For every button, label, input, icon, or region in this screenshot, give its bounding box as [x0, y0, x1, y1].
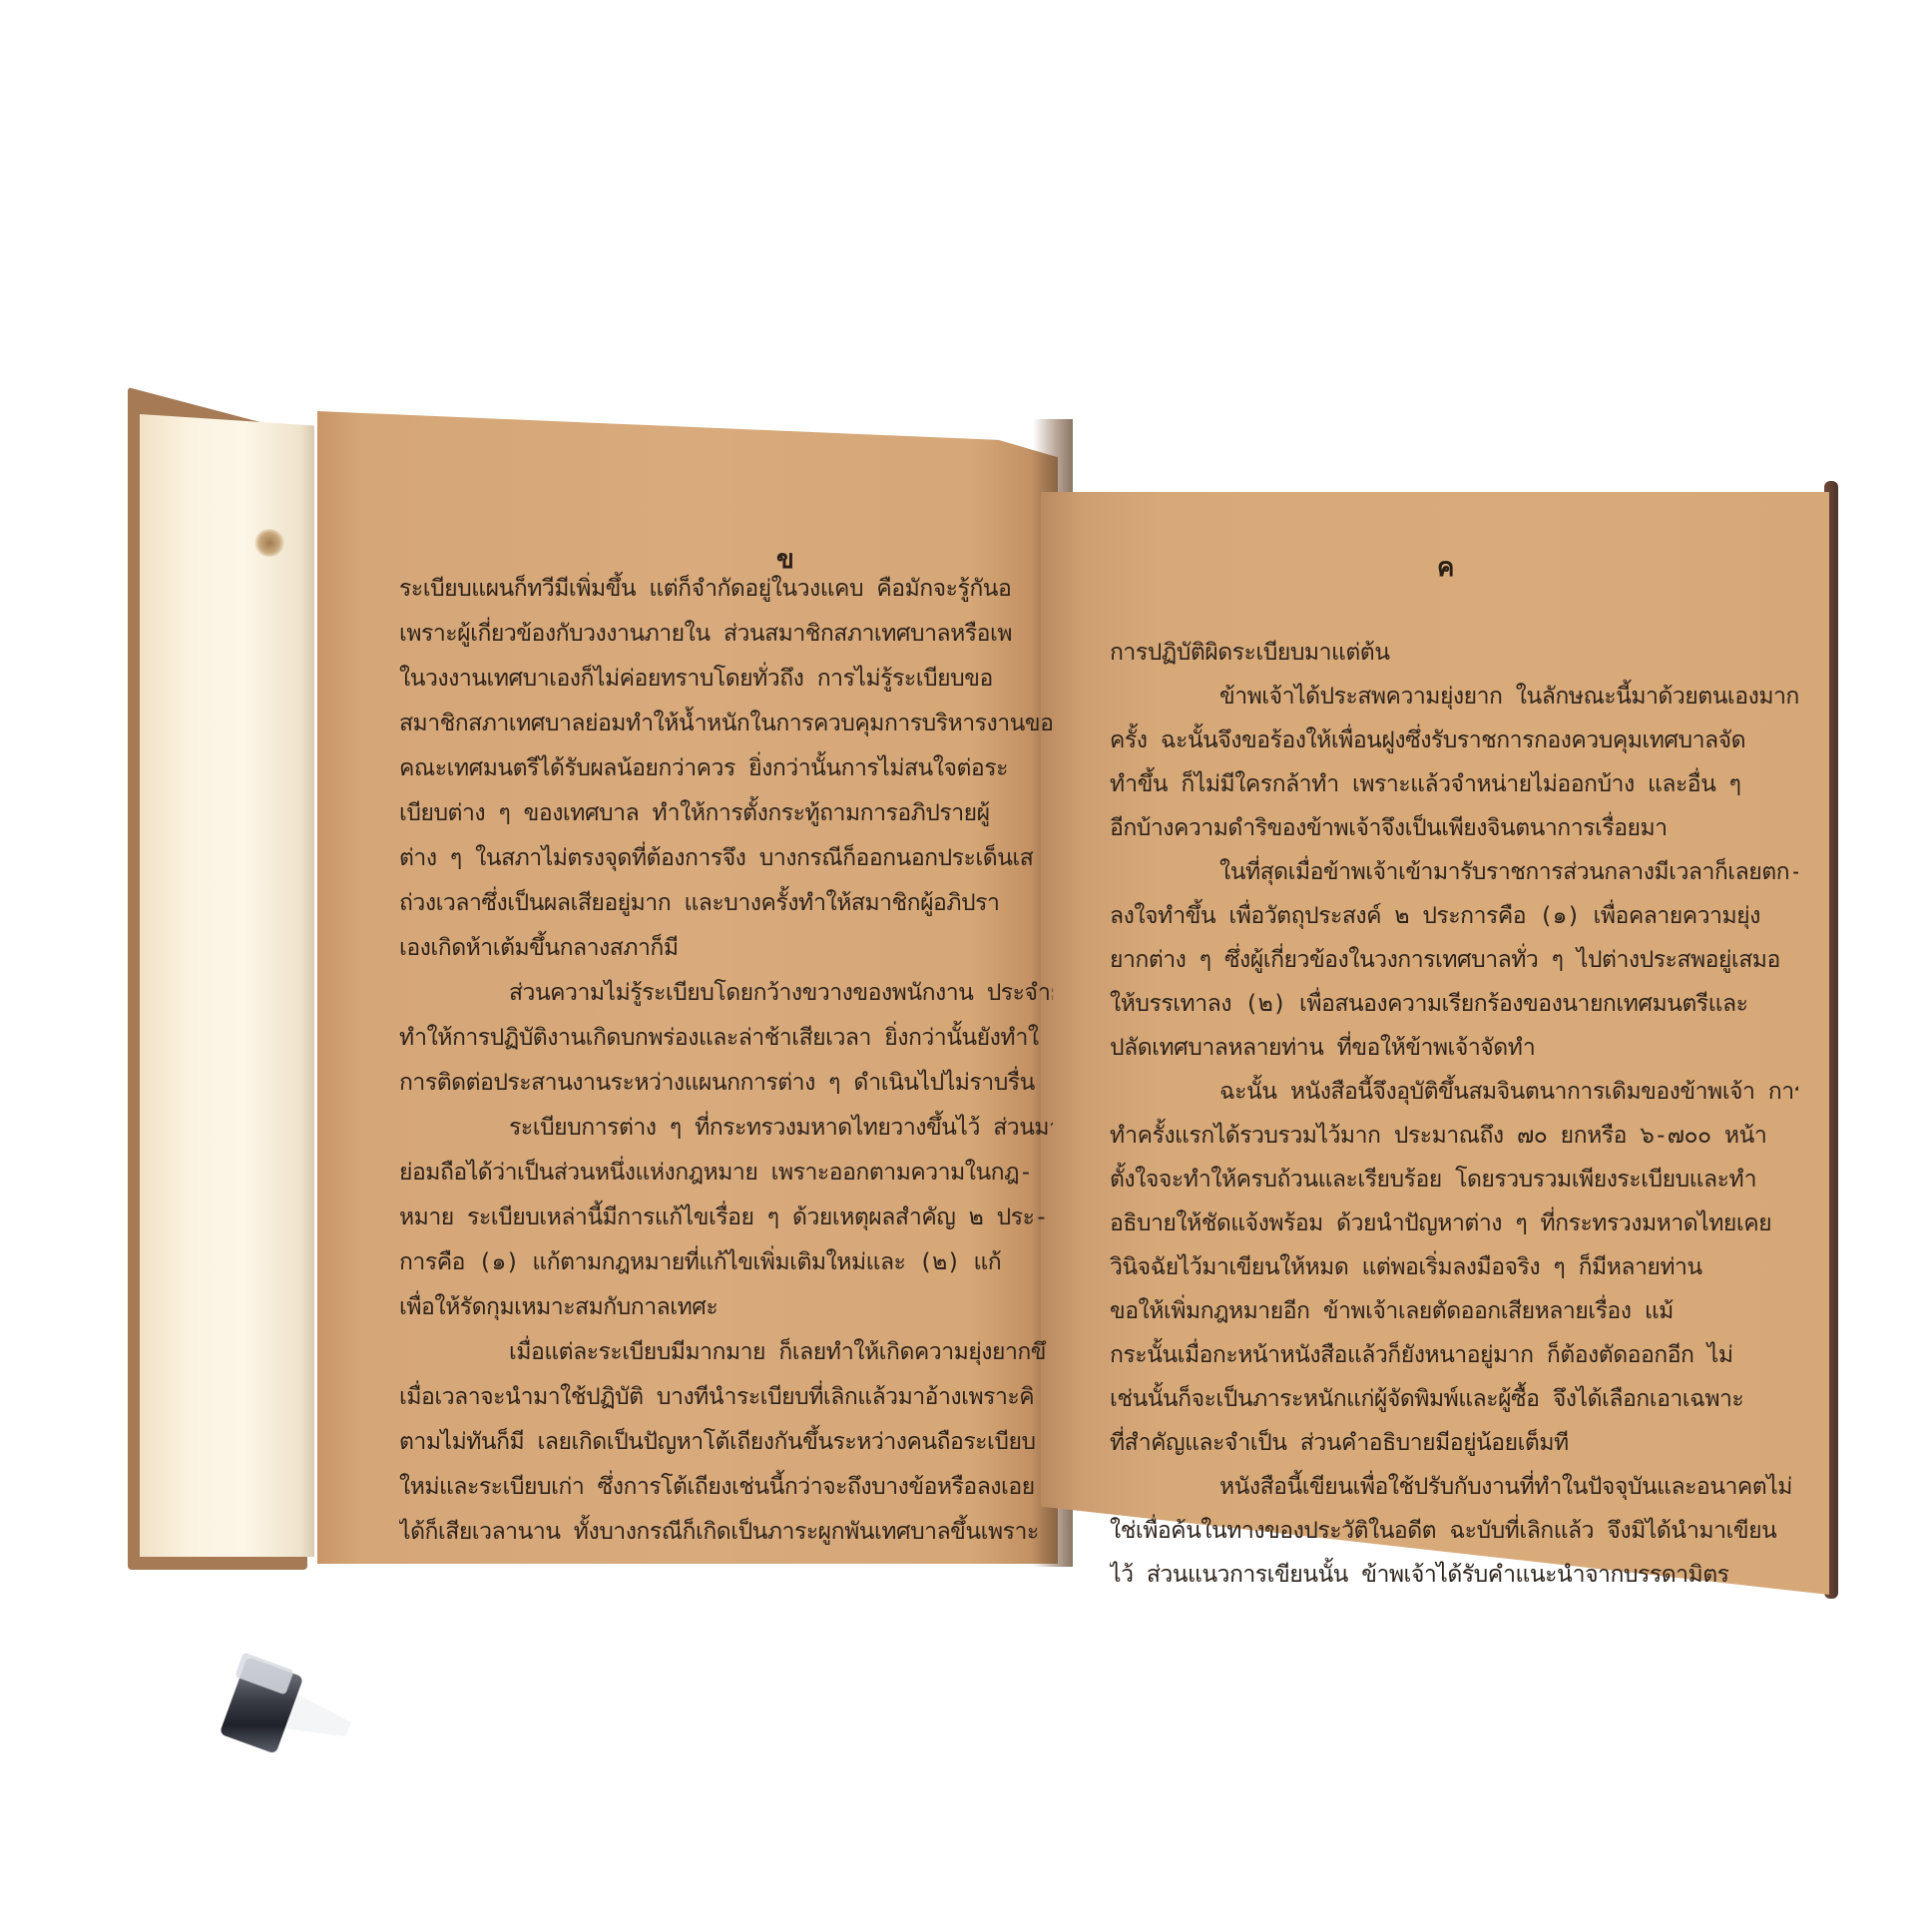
text-line: เพื่อให้รัดกุมเหมาะสมกับกาลเทศะ: [399, 1285, 1053, 1330]
text-line: ทำให้การปฏิบัติงานเกิดบกพร่องและล่าช้าเส…: [399, 1016, 1053, 1061]
text-line: หนังสือนี้เขียนเพื่อใช้ปรับกับงานที่ทำใน…: [1110, 1465, 1798, 1509]
text-line: หมาย ระเบียบเหล่านี้มีการแก้ไขเรื่อย ๆ ด…: [399, 1196, 1053, 1240]
open-book: ข ระเบียบแผนก็ทวีมีเพิ่มขึ้น แต่ก็จำกัดอ…: [0, 0, 1932, 1932]
text-line: เบียบต่าง ๆ ของเทศบาล ทำให้การตั้งกระทู้…: [399, 791, 1053, 836]
text-line: เมื่อเวลาจะนำมาใช้ปฏิบัติ บางทีนำระเบียบ…: [399, 1375, 1053, 1420]
text-line: กระนั้นเมื่อกะหน้าหนังสือแล้วก็ยังหนาอยู…: [1110, 1333, 1798, 1377]
text-line: ขอให้เพิ่มกฎหมายอีก ข้าพเจ้าเลยตัดออกเสี…: [1110, 1289, 1798, 1333]
left-page-text: ระเบียบแผนก็ทวีมีเพิ่มขึ้น แต่ก็จำกัดอยู…: [399, 567, 1053, 1555]
text-line: ย่อมถือได้ว่าเป็นส่วนหนึ่งแห่งกฎหมาย เพร…: [399, 1151, 1053, 1196]
text-line: ปลัดเทศบาลหลายท่าน ที่ขอให้ข้าพเจ้าจัดทำ: [1110, 1026, 1798, 1070]
text-line: ใหม่และระเบียบเก่า ซึ่งการโต้เถียงเช่นนี…: [399, 1465, 1053, 1510]
text-line: เมื่อแต่ละระเบียบมีมากมาย ก็เลยทำให้เกิด…: [399, 1330, 1053, 1375]
text-line: ทำขึ้น ก็ไม่มีใครกล้าทำ เพราะแล้วจำหน่าย…: [1110, 762, 1798, 806]
text-line: การปฏิบัติผิดระเบียบมาแต่ต้น: [1110, 631, 1798, 675]
right-page-text: การปฏิบัติผิดระเบียบมาแต่ต้น ข้าพเจ้าได้…: [1110, 631, 1798, 1597]
text-line: ตามไม่ทันก็มี เลยเกิดเป็นปัญหาโต้เถียงกั…: [399, 1420, 1053, 1465]
text-line: ใช่เพื่อค้นในทางของประวัติในอดีต ฉะบับที…: [1110, 1509, 1798, 1553]
text-line: ลงใจทำขึ้น เพื่อวัตถุประสงค์ ๒ ประการคือ…: [1110, 894, 1798, 938]
text-line: ตั้งใจจะทำให้ครบถ้วนและเรียบร้อย โดยรวบร…: [1110, 1158, 1798, 1202]
text-line: อธิบายให้ชัดแจ้งพร้อม ด้วยนำปัญหาต่าง ๆ …: [1110, 1202, 1798, 1245]
text-line: เพราะผู้เกี่ยวข้องกับวงงานภายใน ส่วนสมาช…: [399, 612, 1053, 657]
text-line: สมาชิกสภาเทศบาลย่อมทำให้น้ำหนักในการควบค…: [399, 702, 1053, 746]
text-line: อีกบ้างความดำริของข้าพเจ้าจึงเป็นเพียงจิ…: [1110, 806, 1798, 850]
text-line: ถ่วงเวลาซึ่งเป็นผลเสียอยู่มาก และบางครั้…: [399, 881, 1053, 926]
text-line: คณะเทศมนตรีได้รับผลน้อยกว่าควร ยิ่งกว่าน…: [399, 746, 1053, 791]
flyleaf-endpaper: [140, 414, 314, 1557]
text-line: ในวงงานเทศบาเองก็ไม่ค่อยทราบโดยทั่วถึง ก…: [399, 657, 1053, 702]
text-line: เช่นนั้นก็จะเป็นภาระหนักแก่ผู้จัดพิมพ์แล…: [1110, 1377, 1798, 1421]
text-line: ที่สำคัญและจำเป็น ส่วนคำอธิบายมีอยู่น้อย…: [1110, 1421, 1798, 1465]
text-line: ระเบียบแผนก็ทวีมีเพิ่มขึ้น แต่ก็จำกัดอยู…: [399, 567, 1053, 612]
text-line: ทำครั้งแรกได้รวบรวมไว้มาก ประมาณถึง ๗๐ ย…: [1110, 1114, 1798, 1158]
text-line: วินิจฉัยไว้มาเขียนให้หมด แต่พอเริ่มลงมือ…: [1110, 1245, 1798, 1289]
text-line: เองเกิดห้าเต้มขึ้นกลางสภาก็มี: [399, 926, 1053, 971]
paper-stain: [254, 529, 284, 557]
text-line: ให้บรรเทาลง (๒) เพื่อสนองความเรียกร้องขอ…: [1110, 982, 1798, 1026]
text-line: ส่วนความไม่รู้ระเบียบโดยกว้างขวางของพนัก…: [399, 971, 1053, 1016]
text-line: ได้ก็เสียเวลานาน ทั้งบางกรณีก็เกิดเป็นภา…: [399, 1510, 1053, 1555]
text-line: ระเบียบการต่าง ๆ ที่กระทรวงมหาดไทยวางขึ้…: [399, 1106, 1053, 1151]
text-line: ต่าง ๆ ในสภาไม่ตรงจุดที่ต้องการจึง บางกร…: [399, 836, 1053, 881]
text-line: การติดต่อประสานงานระหว่างแผนกการต่าง ๆ ด…: [399, 1061, 1053, 1106]
text-line: การคือ (๑) แก้ตามกฎหมายที่แก้ไขเพิ่มเติม…: [399, 1240, 1053, 1285]
right-page-number: ค: [1437, 547, 1454, 588]
text-line: ไว้ ส่วนแนวการเขียนนั้น ข้าพเจ้าได้รับคำ…: [1110, 1553, 1798, 1597]
text-line: ครั้ง ฉะนั้นจึงขอร้องให้เพื่อนฝูงซึ่งรับ…: [1110, 719, 1798, 762]
text-line: ข้าพเจ้าได้ประสพความยุ่งยาก ในลักษณะนี้ม…: [1110, 675, 1798, 719]
text-line: ยากต่าง ๆ ซึ่งผู้เกี่ยวข้องในวงการเทศบาล…: [1110, 938, 1798, 982]
text-line: ในที่สุดเมื่อข้าพเจ้าเข้ามารับราชการส่วน…: [1110, 850, 1798, 894]
text-line: ฉะนั้น หนังสือนี้จึงอุบัติขึ้นสมจินตนากา…: [1110, 1070, 1798, 1114]
